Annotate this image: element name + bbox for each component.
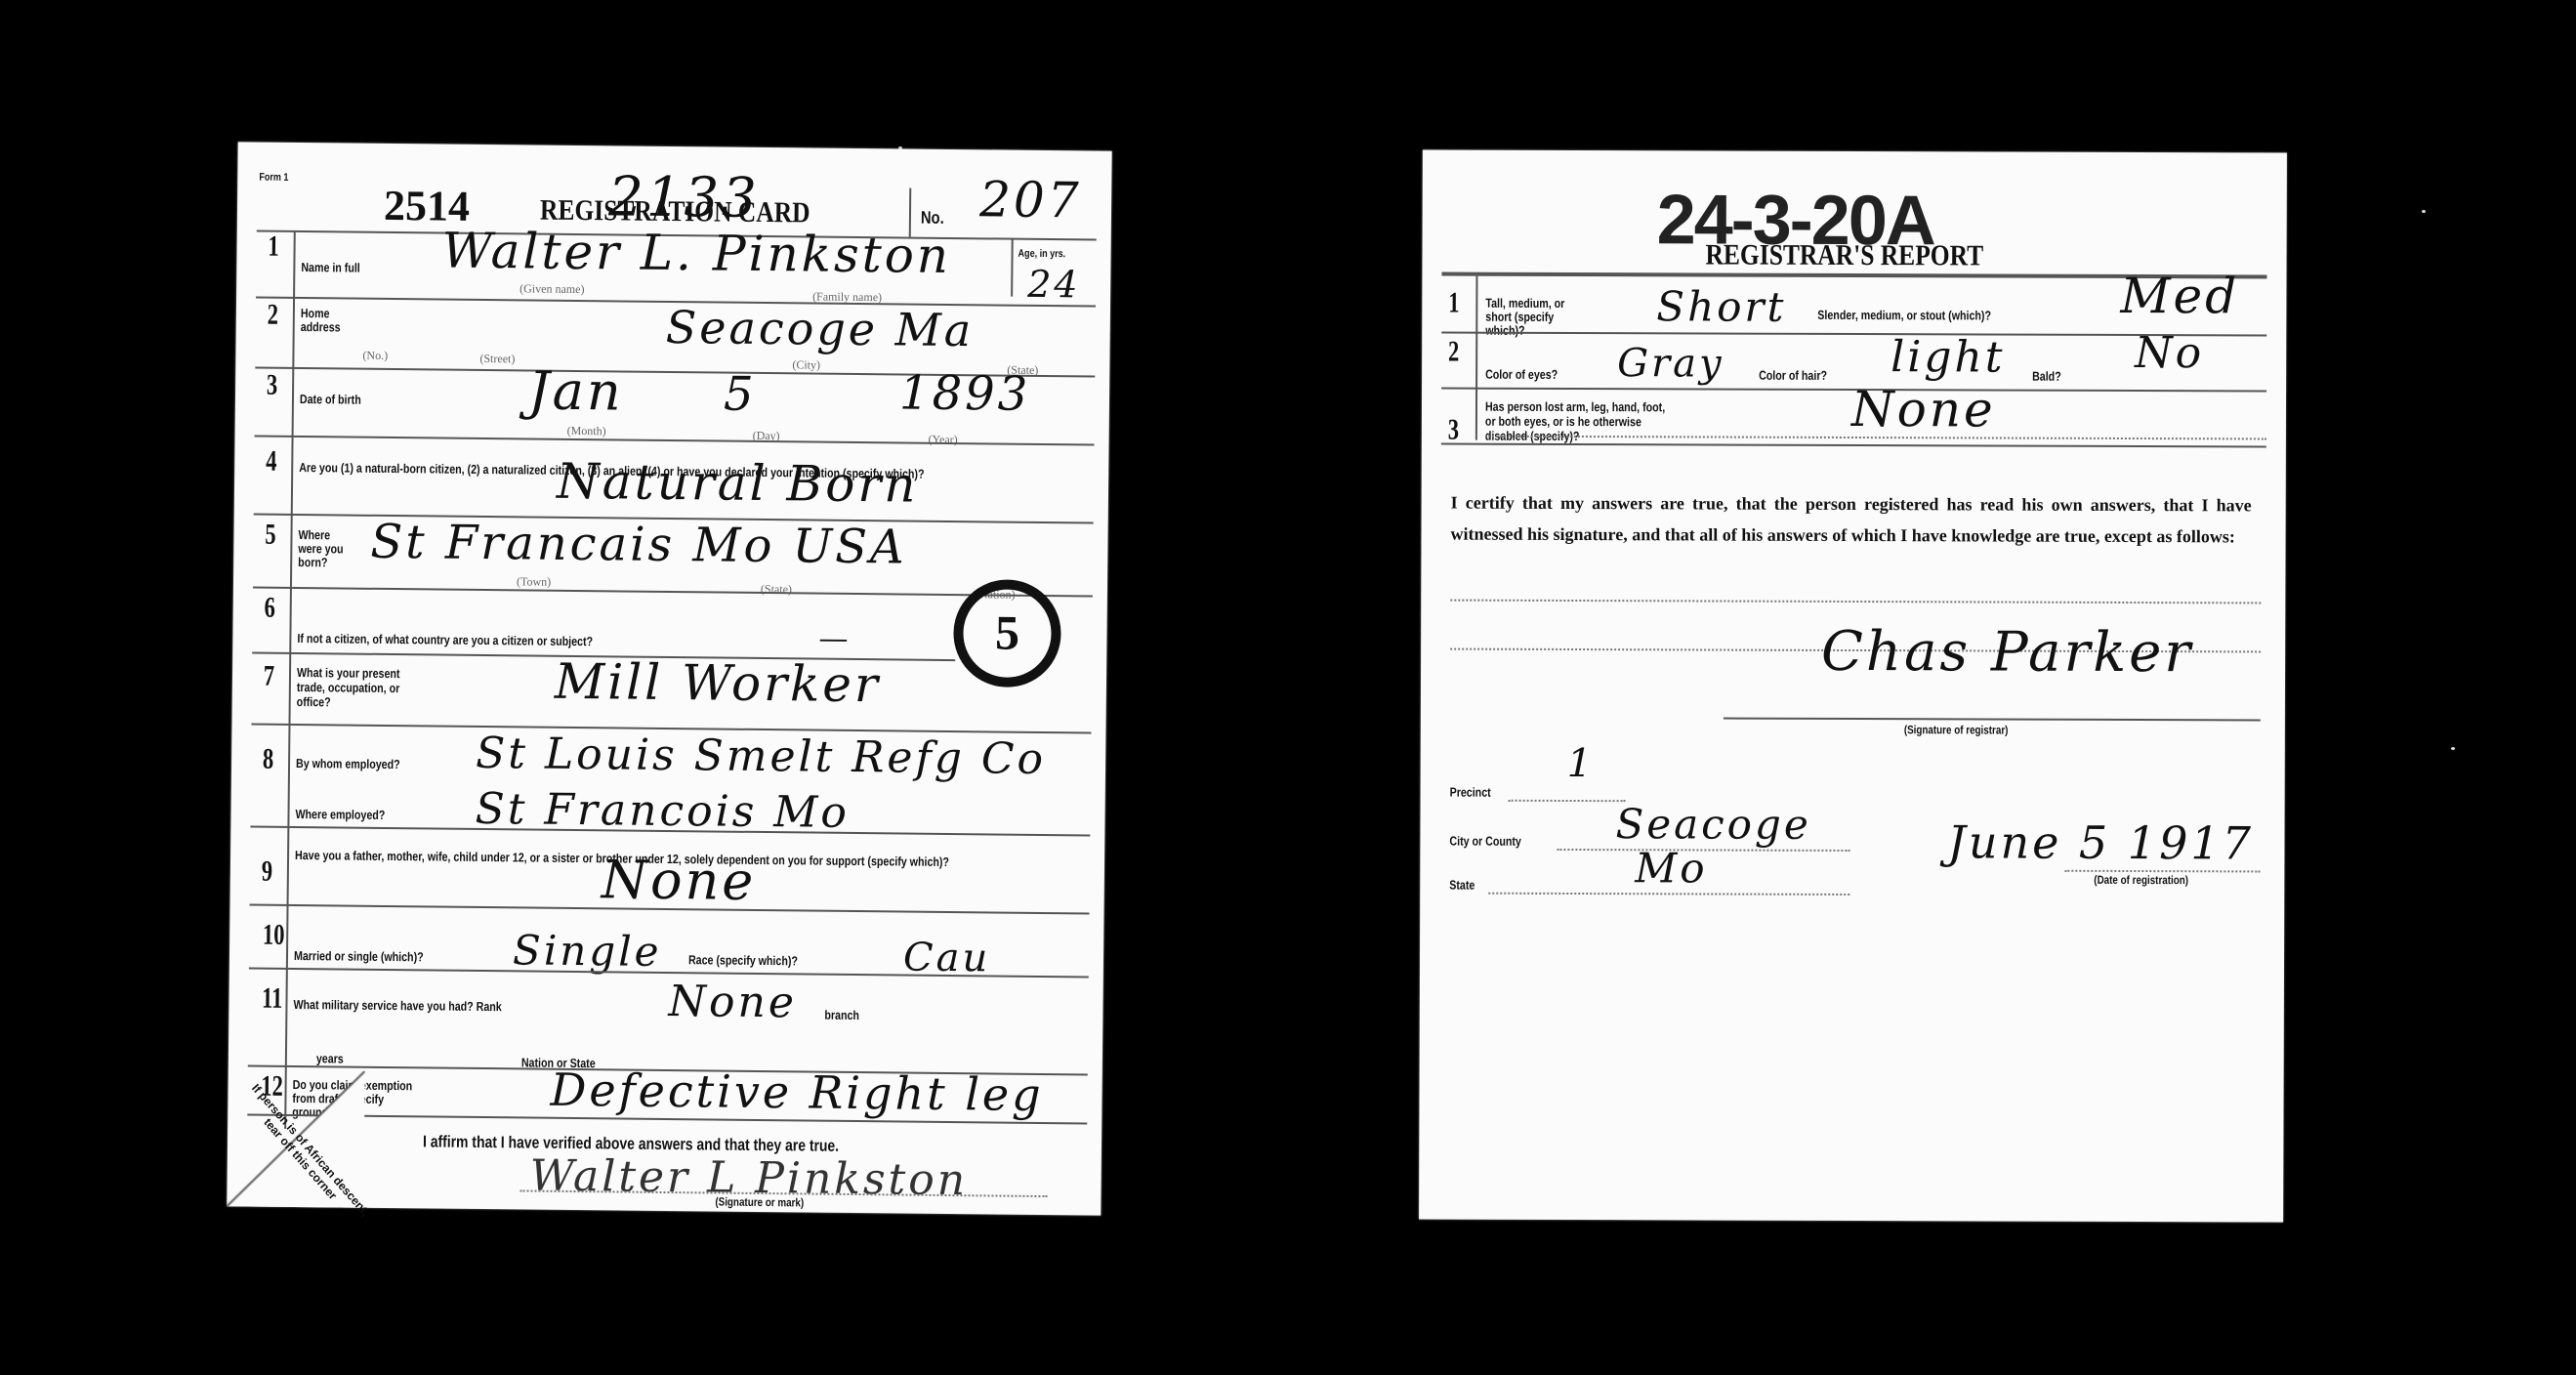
precinct-value: 1 [1567,741,1596,786]
sublabel: (No.) [362,349,388,363]
field-label-build: Slender, medium, or stout (which)? [1817,308,1991,323]
field-label-employment-place: Where employed? [295,807,385,822]
row-number: 8 [263,743,274,776]
row-number: 6 [264,592,275,625]
signature-label: (Signature or mark) [715,1195,804,1210]
field-value-employer: St Louis Smelt Refg Co [476,729,1046,784]
row-number: 5 [265,519,276,552]
field-value-age: 24 [1027,263,1081,307]
sublabel: (Street) [479,352,515,366]
row-number: 3 [1448,414,1459,447]
number-value: 207 [979,171,1082,229]
field-value-disability: None [1851,381,1996,438]
certification-text: I certify that my answers are true, that… [1450,487,2251,553]
field-value-occupation: Mill Worker [555,653,881,713]
field-value-name: Walter L. Pinkston [441,223,951,284]
stamp-badge: 5 [953,579,1061,687]
sublabel: (Year) [928,433,957,447]
field-value-address: Seacoge Ma [665,301,974,356]
registrar-signature-label: (Signature of registrar) [1904,723,2009,736]
form-label: Form 1 [259,172,288,184]
field-label-address: Home address [301,307,357,335]
field-value-bald: No [2135,328,2204,378]
sublabel: (Given name) [519,281,584,297]
number-label: No. [921,208,944,229]
sublabel: (Town) [517,574,551,589]
city-value: Seacoge [1615,800,1810,849]
sublabel: (Month) [567,424,606,438]
precinct-label: Precinct [1450,785,1491,800]
field-label-employer: By whom employed? [296,756,400,771]
row-number: 11 [262,982,283,1016]
field-label-occupation: What is your present trade, occupation, … [297,665,409,710]
report-title: REGISTRAR'S REPORT [1705,238,1983,272]
field-value-hair: light [1890,332,2006,382]
field-label-years: years [316,1051,344,1065]
state-value: Mo [1635,844,1707,892]
field-label-marital: Married or single (which)? [294,948,424,964]
field-value-marital: Single [513,926,662,976]
field-value-exemption: Defective Right leg [550,1063,1044,1121]
field-value-foreign-citizen: — [818,622,851,656]
field-value-height: Short [1656,282,1786,330]
field-label-birthplace: Where were you born? [298,528,354,570]
field-label-foreign-citizen: If not a citizen, of what country are yo… [297,631,593,648]
field-label-race: Race (specify which)? [688,952,798,968]
field-value-dependents: None [602,849,757,912]
field-label-branch: branch [824,1008,859,1022]
field-value-eyes: Gray [1617,341,1724,386]
row-number: 3 [267,369,278,402]
row-number: 4 [266,445,277,479]
field-label-name: Name in full [301,260,360,275]
field-label-military: What military service have you had? Rank [293,997,501,1014]
sublabel: (State) [761,582,792,597]
row-number: 1 [1448,287,1459,320]
field-label-eyes: Color of eyes? [1485,367,1558,382]
row-number: 7 [264,660,275,693]
registrar-signature: Chas Parker [1821,620,2193,685]
field-label-dob: Date of birth [300,392,361,407]
serial-overwrite: 2133 [608,165,760,230]
registrar-report-card: 24-3-20A REGISTRAR'S REPORT 1 Tall, medi… [1419,149,2287,1222]
field-value-build: Med [2120,268,2239,324]
field-value-birthplace: St Francais Mo USA [370,515,907,575]
field-value-dob-month: Jan [528,359,624,422]
field-value-dob-year: 1893 [899,365,1031,421]
row-number: 1 [268,230,279,264]
field-value-citizenship: Natural Born [557,453,919,514]
row-number: 2 [268,299,279,332]
field-label-bald: Bald? [2032,369,2061,384]
sublabel: (City) [792,357,820,372]
field-value-dob-day: 5 [724,367,757,422]
registration-date: June 5 1917 [1947,815,2254,869]
row-number: 9 [262,855,273,889]
row-number: 10 [263,919,285,952]
city-label: City or County [1449,834,1520,849]
field-label-hair: Color of hair? [1759,368,1827,383]
field-label-age: Age, in yrs. [1018,248,1066,261]
state-label: State [1449,878,1475,893]
field-value-military: None [668,977,797,1027]
row-number: 2 [1448,336,1459,369]
registration-card: Form 1 2514 REGISTRATION CARD 2133 No. 2… [227,142,1111,1215]
date-label: (Date of registration) [2094,873,2188,887]
